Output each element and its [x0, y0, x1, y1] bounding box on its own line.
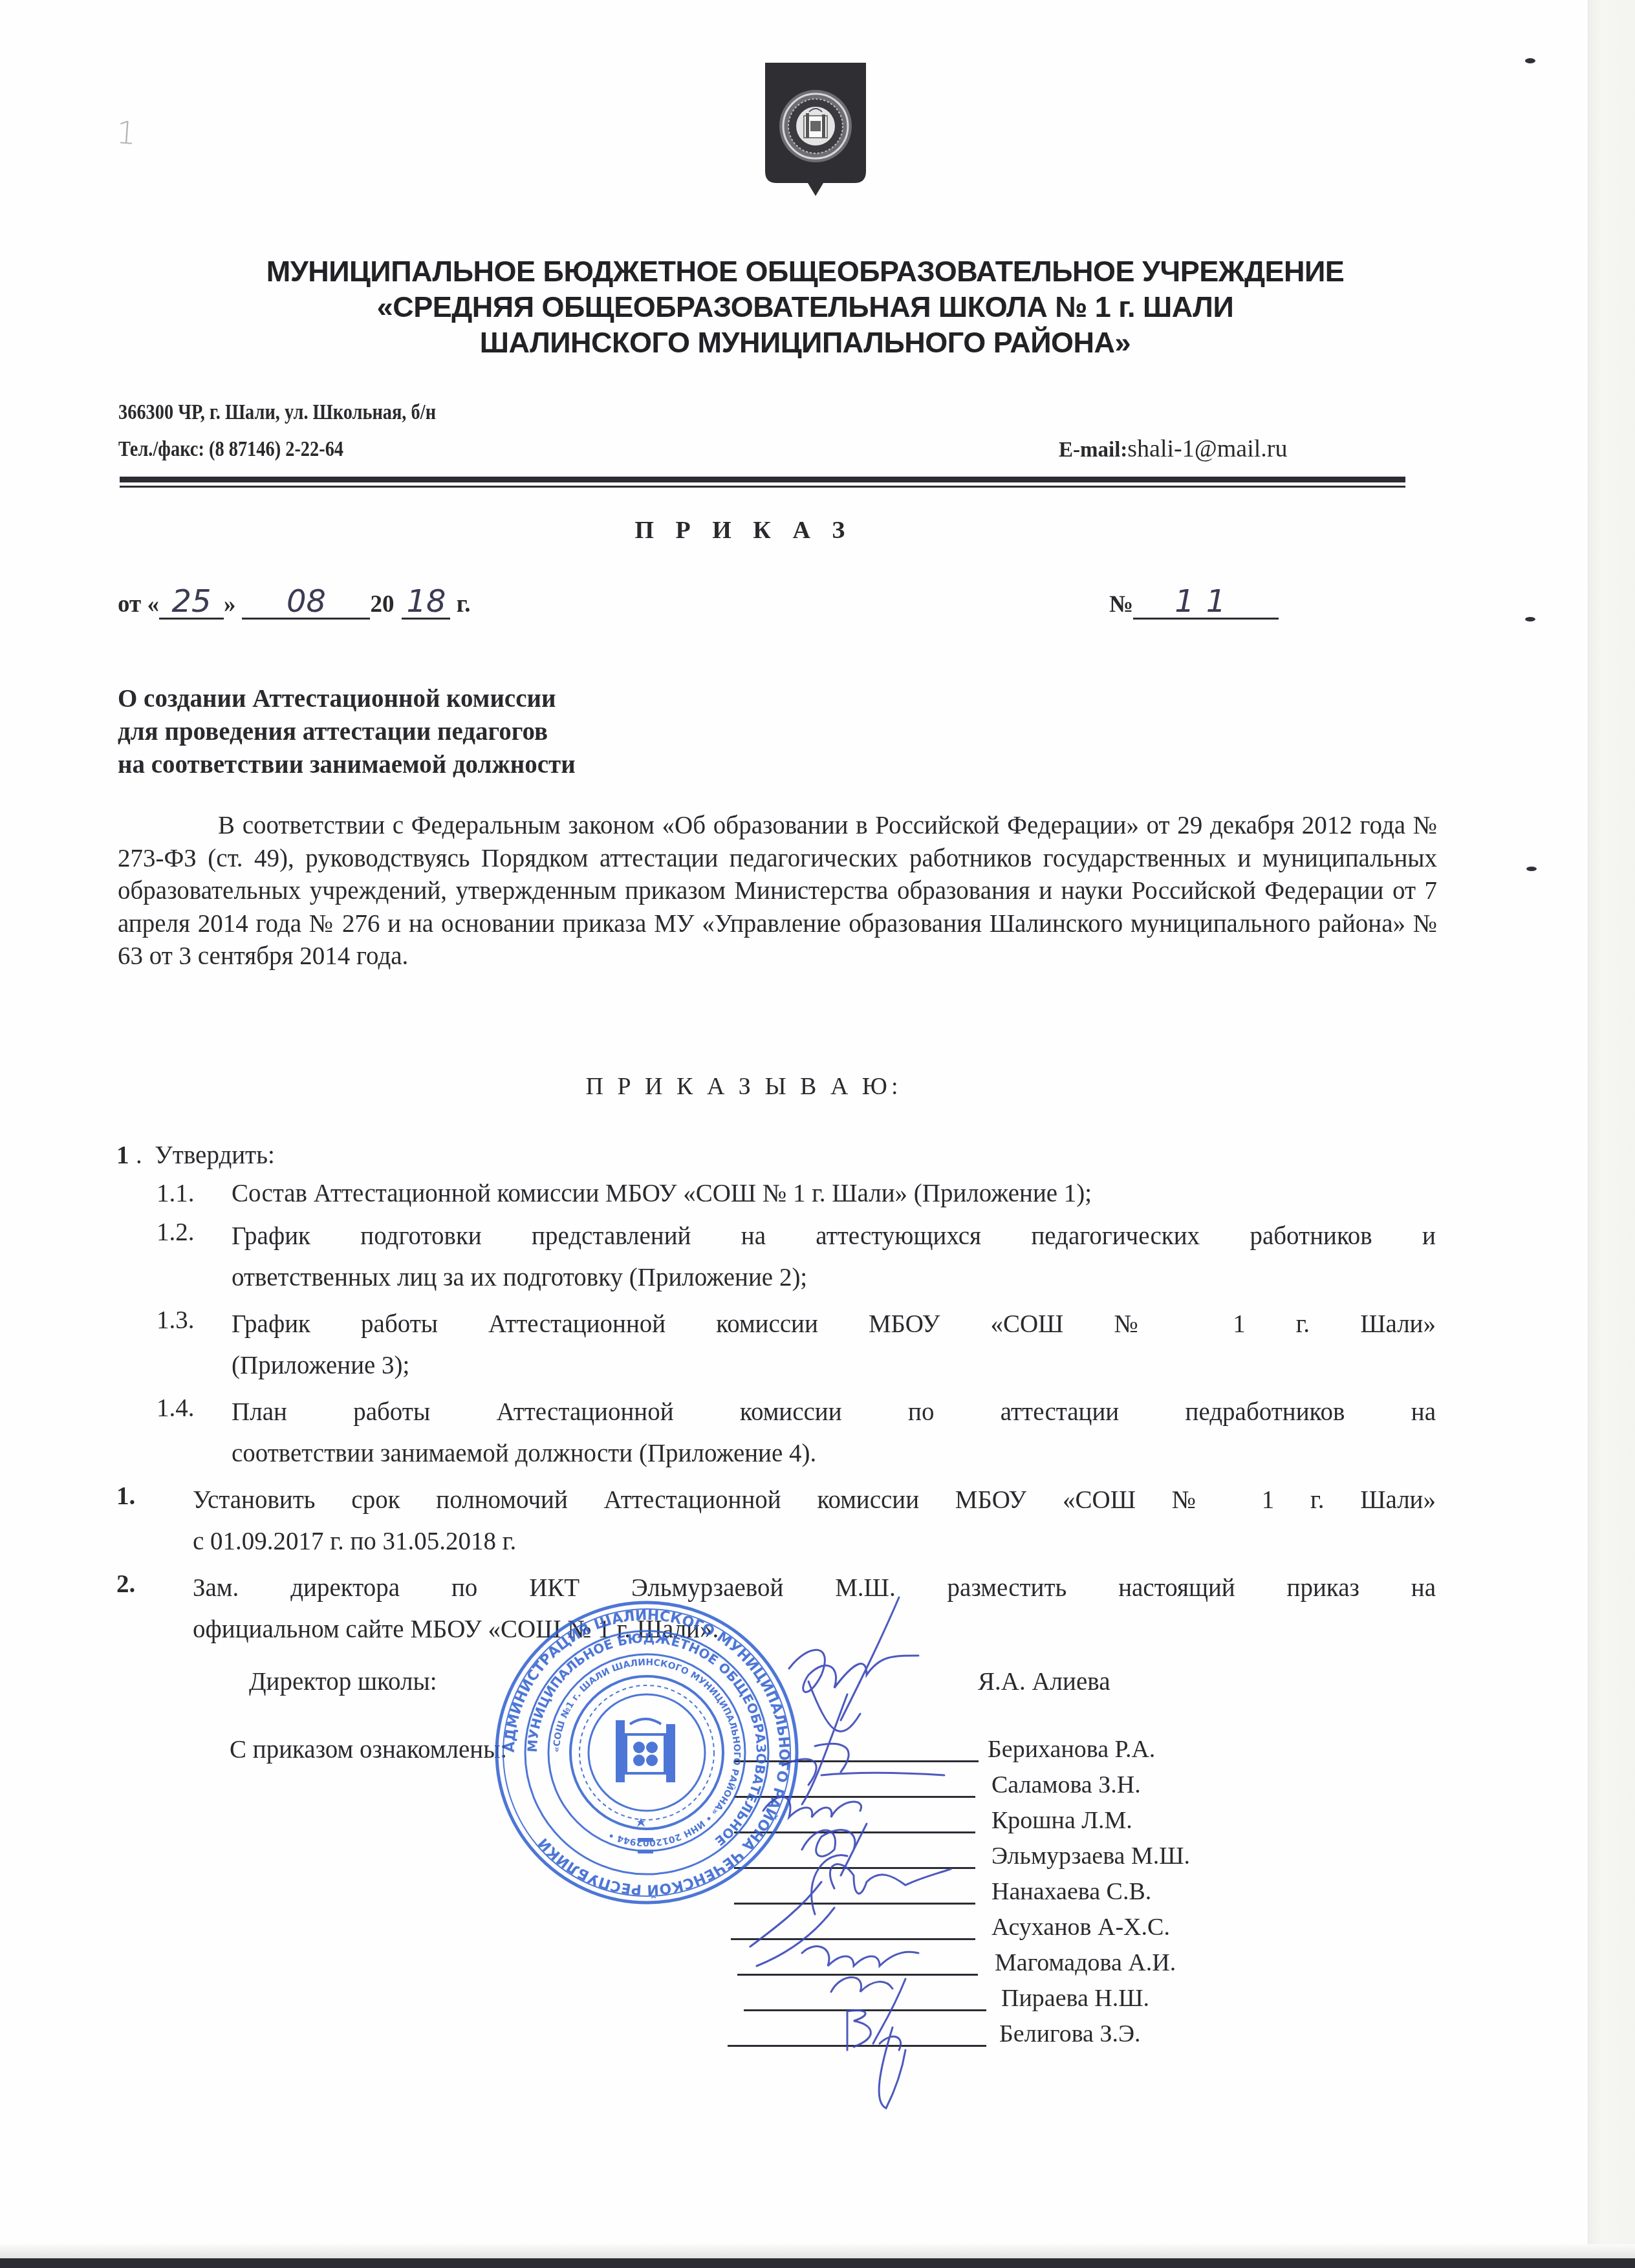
- signature-line: [744, 2009, 986, 2011]
- acknowledged-name: Крошна Л.М.: [991, 1806, 1132, 1835]
- date-suffix: г.: [457, 591, 471, 618]
- official-stamp-icon: АДМИНИСТРАЦИЯ ШАЛИНСКОГО МУНИЦИПАЛЬНОГО …: [492, 1597, 802, 1908]
- org-line: ШАЛИНСКОГО МУНИЦИПАЛЬНОГО РАЙОНА»: [129, 325, 1481, 360]
- subject-line: О создании Аттестационной комиссии: [118, 682, 576, 715]
- order-date: от «25»082018 г.: [118, 589, 471, 620]
- subitem-text: График подготовки представлений на аттес…: [232, 1216, 1436, 1257]
- date-year-field: 18: [402, 589, 450, 620]
- preamble-text: В соответствии с Федеральным законом «Об…: [118, 812, 1437, 970]
- subitem-number: 1.1.: [157, 1177, 195, 1211]
- order-subject: О создании Аттестационной комиссии для п…: [118, 682, 576, 781]
- acknowledged-row: Белигова З.Э.: [728, 2018, 1116, 2047]
- date-year-prefix: 20: [370, 591, 394, 618]
- subject-line: на соответствии занимаемой должности: [118, 748, 576, 781]
- signature-line: [728, 2045, 986, 2047]
- acknowledged-name: Пираева Н.Ш.: [1001, 1984, 1149, 2013]
- header-rule-thick: [120, 477, 1405, 482]
- acknowledged-name: Магомадова А.И.: [995, 1949, 1176, 1977]
- preamble-paragraph: В соответствии с Федеральным законом «Об…: [118, 810, 1437, 973]
- acknowledged-name: Саламова З.Н.: [991, 1771, 1141, 1799]
- list-item: 1. Утвердить:: [116, 1139, 1436, 1172]
- subitem-number: 1.2.: [157, 1216, 195, 1249]
- item-text: Утвердить:: [155, 1141, 275, 1169]
- scan-bottom-shadow: [0, 2244, 1635, 2258]
- organization-header: МУНИЦИПАЛЬНОЕ БЮДЖЕТНОЕ ОБЩЕОБРАЗОВАТЕЛЬ…: [129, 254, 1481, 360]
- item-number: 2.: [116, 1568, 135, 1601]
- item-text: официальном сайте МБОУ «СОШ № 1 г. Шали»…: [193, 1609, 1436, 1650]
- director-label: Директор школы:: [249, 1667, 437, 1696]
- subitem-text: соответствии занимаемой должности (Прило…: [232, 1433, 1436, 1474]
- scan-page-edge: [1588, 0, 1635, 2268]
- scan-speck: [1526, 867, 1537, 871]
- handwritten-month: 08: [287, 583, 326, 620]
- scan-bottom-edge: [0, 2258, 1635, 2268]
- scan-speck: [1525, 617, 1535, 621]
- signature-line: [737, 1974, 978, 1976]
- date-quote: »: [224, 591, 236, 618]
- subitem-text: График работы Аттестационной комиссии МБ…: [232, 1304, 1436, 1345]
- list-item: 1. Установить срок полномочий Аттестацио…: [116, 1480, 1436, 1562]
- subitem-number: 1.4.: [157, 1392, 195, 1425]
- address: 366300 ЧР, г. Шали, ул. Школьная, б/н: [118, 401, 436, 425]
- number-label: №: [1109, 591, 1133, 618]
- acknowledged-row: Пираева Н.Ш.: [744, 1982, 1132, 2011]
- handwritten-number: 11: [1175, 583, 1237, 620]
- date-day-field: 25: [159, 589, 224, 620]
- email-link[interactable]: shali-1@mail.ru: [1127, 435, 1287, 462]
- header-rule-thin: [120, 486, 1405, 488]
- acknowledged-row: Асуханов А-Х.С.: [731, 1911, 1119, 1940]
- org-line: МУНИЦИПАЛЬНОЕ БЮДЖЕТНОЕ ОБЩЕОБРАЗОВАТЕЛЬ…: [129, 254, 1481, 289]
- acknowledged-name: Бериханова Р.А.: [988, 1735, 1155, 1764]
- pencil-page-number: 1: [115, 114, 137, 152]
- item-number: 1.: [116, 1480, 135, 1513]
- handwritten-year: 18: [406, 583, 446, 620]
- date-prefix: от «: [118, 591, 159, 618]
- acknowledged-name: Нанахаева С.В.: [991, 1877, 1151, 1906]
- list-subitem: 1.1. Состав Аттестационной комиссии МБОУ…: [116, 1177, 1436, 1211]
- item-number: 1: [116, 1139, 136, 1172]
- subitem-number: 1.3.: [157, 1304, 195, 1337]
- scan-speck: [1525, 58, 1535, 63]
- document-title: П Р И К А З: [0, 516, 1488, 545]
- email-label: E-mail:: [1059, 438, 1127, 462]
- subitem-text: Состав Аттестационной комиссии МБОУ «СОШ…: [232, 1177, 1436, 1211]
- handwritten-day: 25: [171, 583, 211, 620]
- subitem-text: (Приложение 3);: [232, 1345, 1436, 1387]
- number-field: 11: [1133, 589, 1279, 620]
- item-text: Установить срок полномочий Аттестационно…: [193, 1480, 1436, 1521]
- command-heading: П Р И К А З Ы В А Ю:: [0, 1072, 1488, 1101]
- email: E-mail:shali-1@mail.ru: [1059, 435, 1287, 463]
- acknowledged-row: Магомадова А.И.: [737, 1947, 1125, 1976]
- acknowledged-name: Белигова З.Э.: [999, 2020, 1141, 2048]
- acknowledged-name: Эльмурзаева М.Ш.: [991, 1842, 1190, 1870]
- item-text: Зам. директора по ИКТ Эльмурзаевой М.Ш. …: [193, 1568, 1436, 1609]
- acknowledged-name: Асуханов А-Х.С.: [991, 1913, 1170, 1941]
- subitem-text: ответственных лиц за их подготовку (Прил…: [232, 1257, 1436, 1299]
- director-name: Я.А. Алиева: [978, 1667, 1110, 1696]
- subject-line: для проведения аттестации педагогов: [118, 715, 576, 748]
- list-subitem: 1.2. График подготовки представлений на …: [116, 1216, 1436, 1299]
- list-subitem: 1.3. График работы Аттестационной комисс…: [116, 1304, 1436, 1387]
- order-number: №11: [1109, 589, 1279, 620]
- date-month-field: 08: [242, 589, 370, 620]
- coat-of-arms-emblem-icon: [764, 61, 867, 197]
- list-subitem: 1.4. План работы Аттестационной комиссии…: [116, 1392, 1436, 1474]
- item-text: с 01.09.2017 г. по 31.05.2018 г.: [193, 1521, 1436, 1562]
- acknowledged-label: С приказом ознакомлены:: [230, 1735, 507, 1764]
- subitem-text: План работы Аттестационной комиссии по а…: [232, 1392, 1436, 1433]
- org-line: «СРЕДНЯЯ ОБЩЕОБРАЗОВАТЕЛЬНАЯ ШКОЛА № 1 г…: [129, 289, 1481, 325]
- phone-fax: Тел./факс: (8 87146) 2-22-64: [118, 438, 343, 462]
- signature-line: [731, 1938, 975, 1940]
- order-items: 1. Утвердить: 1.1. Состав Аттестационной…: [116, 1139, 1436, 1650]
